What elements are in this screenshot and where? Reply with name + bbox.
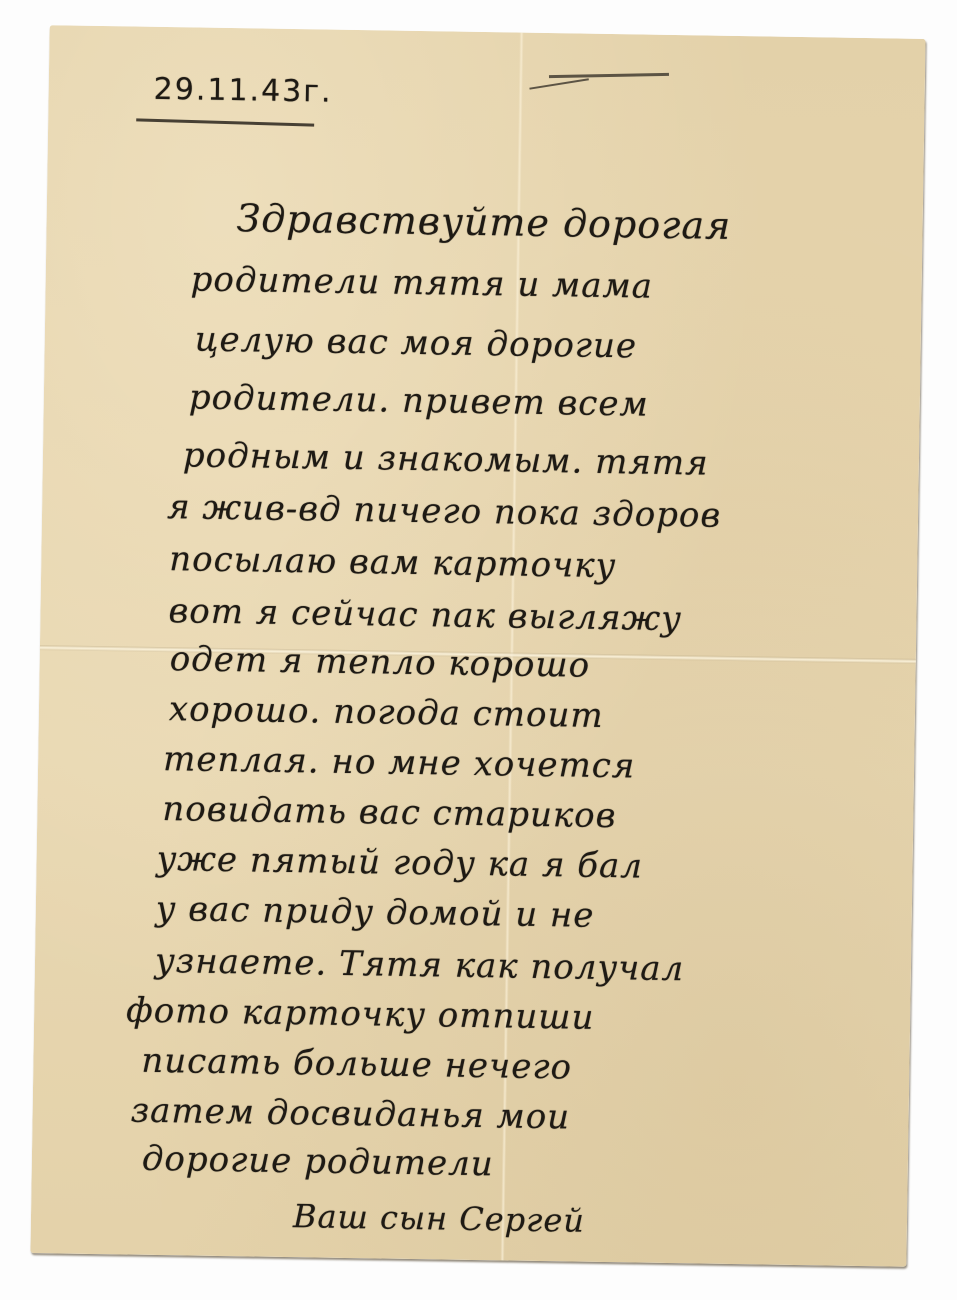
letter-line-11: теплая. но мне хочется	[163, 739, 636, 786]
letter-line-17: писать больше нечего	[141, 1041, 572, 1088]
letter-line-5: родным и знакомым. тятя	[183, 435, 709, 483]
letter-line-7: посылаю вам карточку	[169, 539, 617, 586]
date-underline	[136, 118, 314, 126]
letter-line-4: родители. привет всем	[189, 377, 649, 424]
letter-line-1: Здравствуйте дорогая	[236, 198, 731, 246]
letter-line-18: затем досвиданья мои	[130, 1091, 570, 1138]
letter-line-13: уже пятый году ка я бал	[156, 839, 643, 887]
letter-line-8: вот я сейчас пак выгляжу	[168, 591, 682, 639]
letter-line-12: повидать вас стариков	[162, 789, 617, 836]
letter-line-16: фото карточку отпиши	[126, 991, 595, 1038]
letter-line-14: у вас приду домой и не	[156, 889, 595, 936]
letter-line-3: целую вас моя дорогие	[194, 320, 637, 367]
letter-line-15: узнаете. Тятя как получал	[155, 941, 685, 989]
letter-line-6: я жив-вд пичего пока здоров	[167, 487, 722, 536]
letter-paper: 29.11.43г. Здравствуйте дорогая родители…	[30, 25, 925, 1267]
letter-line-10: хорошо. погода стоит	[169, 689, 604, 736]
letter-line-9: одет я тепло корошо	[169, 639, 590, 686]
letter-date: 29.11.43г.	[153, 72, 332, 110]
letter-line-2: родители тятя и мама	[190, 259, 653, 306]
pencil-stroke-mark	[549, 73, 669, 78]
letter-line-19: дорогие родители	[142, 1139, 494, 1185]
letter-signature: Ваш сын Сергей	[293, 1197, 585, 1240]
